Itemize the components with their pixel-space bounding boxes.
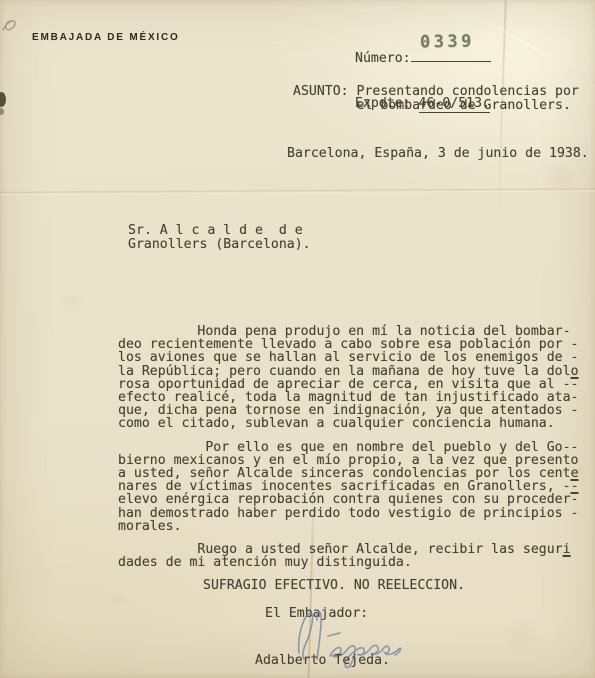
subject-line1: ASUNTO: Presentando condolencias por: [293, 85, 579, 99]
body-line: elevo enérgica reprobación contra quiene…: [118, 493, 593, 506]
body-line: Por ello es que en nombre del pueblo y d…: [118, 441, 593, 454]
pencil-mark: [0, 12, 28, 38]
body-paragraph: Ruego a usted señor Alcalde, recibir las…: [118, 543, 593, 569]
body-line: morales.: [118, 520, 593, 533]
body-line: como el citado, sublevan a cualquier con…: [118, 417, 593, 430]
dateline: Barcelona, España, 3 de junio de 1938.: [287, 147, 589, 160]
reference-block: Número:0339 Expdte: 46-0/513.: [355, 16, 491, 146]
subject-line2: el bombardeo de Granollers.: [293, 99, 579, 113]
body-line: la República; pero cuando en la mañana d…: [118, 365, 593, 378]
ink-blotch-left-edge: [0, 92, 6, 107]
slogan-line: SUFRAGIO EFECTIVO. NO REELECCION.: [203, 579, 465, 592]
numero-row: Número:0339: [355, 48, 491, 65]
diagonal-crease-top-right: [477, 16, 595, 90]
numero-underline: 0339: [411, 48, 491, 62]
body-paragraph: Honda pena produjo en mí la noticia del …: [118, 325, 593, 431]
subject-block: ASUNTO: Presentando condolencias por el …: [293, 85, 579, 113]
body-line: han demostrado haber perdido todo vestig…: [118, 507, 593, 520]
recipient-block: Sr. A l c a l d e d e Granollers (Barcel…: [128, 224, 311, 252]
recipient-line2: Granollers (Barcelona).: [128, 238, 311, 252]
letterhead-embassy: EMBAJADA DE MÉXICO: [32, 32, 180, 43]
numero-stamp: 0339: [419, 36, 474, 50]
recipient-line1: Sr. A l c a l d e d e: [128, 224, 311, 238]
body-line: dades de mi atención muy distinguida.: [118, 556, 593, 569]
body-paragraph: Por ello es que en nombre del pueblo y d…: [118, 441, 593, 533]
typed-signature-name: Adalberto Tejeda.: [255, 654, 390, 667]
ink-blotch-left-edge-small: [0, 108, 4, 115]
numero-label: Número:: [355, 51, 411, 66]
letter-page: EMBAJADA DE MÉXICO Número:0339 Expdte: 4…: [0, 0, 595, 678]
horizontal-fold-crease: [0, 188, 595, 195]
body-paragraphs: Honda pena produjo en mí la noticia del …: [118, 325, 593, 569]
body-line: los aviones que se hallan al servicio de…: [118, 351, 593, 364]
